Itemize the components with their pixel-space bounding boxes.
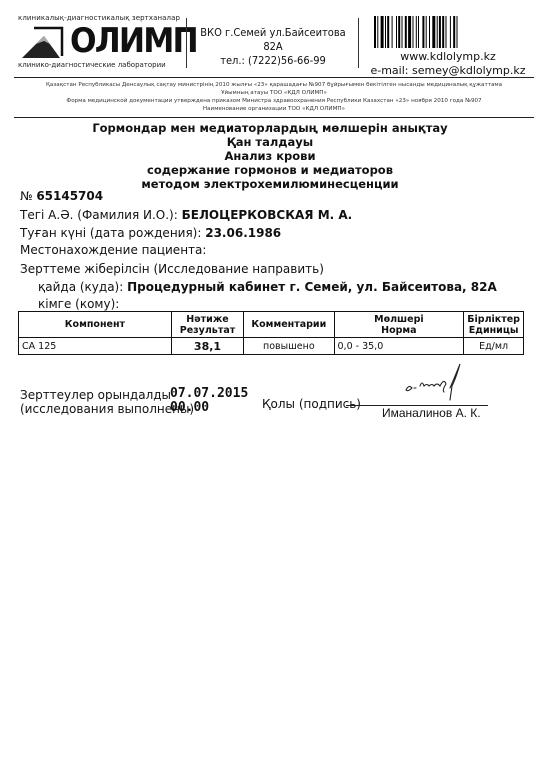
completed-datetime: 07.07.2015 00.00	[170, 387, 248, 415]
completed-label: Зерттеулер орындалды (исследования выпол…	[20, 388, 194, 416]
lab-address: ВКО г.Семей ул.Байсеитова 82А тел.: (722…	[188, 26, 358, 68]
legal-line: Қазақстан Республикасы Денсаулық сақтау …	[14, 81, 534, 89]
title-line: Гормондар мен медиаторлардың мөлшерін ан…	[60, 121, 480, 135]
patient-name-value: БЕЛОЦЕРКОВСКАЯ М. А.	[182, 208, 353, 222]
legal-notice: Қазақстан Республикасы Денсаулық сақтау …	[14, 81, 534, 113]
phone: тел.: (7222)56-66-99	[188, 54, 358, 68]
address-line-1: ВКО г.Семей ул.Байсеитова	[188, 26, 358, 40]
patient-name-label: Тегі А.Ә. (Фамилия И.О.):	[20, 208, 178, 222]
header-ru: Результат	[175, 325, 240, 336]
title-line: Анализ крови	[60, 149, 480, 163]
table-header-row: Компонент Нәтиже Результат Комментарии М…	[19, 312, 524, 338]
title-line: Қан талдауы	[60, 135, 480, 149]
header-kz: Нәтиже	[175, 314, 240, 325]
dob-label: Туған күні (дата рождения):	[20, 226, 201, 240]
referral-label: Зерттеме жіберілсін (Исследование направ…	[20, 262, 324, 276]
lab-contacts: www.kdlolymp.kz e-mail: semey@kdlolymp.k…	[360, 50, 536, 78]
column-header-norm: Мөлшері Норма	[334, 312, 464, 338]
header-rule	[14, 77, 534, 78]
logo-bottom-text: клинико-диагностические лаборатории	[18, 61, 166, 69]
legal-line: Ұйымның атауы ТОО «КДЛ ОЛИМП»	[14, 89, 534, 97]
completed-date: 07.07.2015	[170, 387, 248, 401]
website-link[interactable]: www.kdlolymp.kz	[360, 50, 536, 64]
handwritten-signature-icon	[398, 362, 468, 406]
cell-result: 38,1	[171, 338, 243, 355]
header-divider	[358, 18, 359, 68]
document-title: Гормондар мен медиаторлардың мөлшерін ан…	[60, 121, 480, 191]
patient-dob: Туған күні (дата рождения): 23.06.1986	[20, 226, 281, 240]
header-divider	[186, 18, 187, 68]
completed-label-ru: (исследования выполнены)	[20, 402, 194, 416]
header-kz: Бірліктер	[467, 314, 520, 325]
legal-line: Наименование организации ТОО «КДЛ ОЛИМП»	[14, 105, 534, 113]
cell-component: CA 125	[19, 338, 172, 355]
cell-comment: повышено	[244, 338, 334, 355]
title-line: методом электрохемилюминесценции	[60, 177, 480, 191]
header-kz: Мөлшері	[338, 314, 461, 325]
column-header-comments: Комментарии	[244, 312, 334, 338]
logo-name: ОЛИМП	[70, 22, 197, 60]
cell-units: Ед/мл	[464, 338, 524, 355]
completed-label-kz: Зерттеулер орындалды	[20, 388, 194, 402]
referral-recipient-label: кімге (кому):	[38, 297, 119, 311]
mountain-logo-icon	[20, 26, 66, 60]
address-line-2: 82А	[188, 40, 358, 54]
title-line: содержание гормонов и медиаторов	[60, 163, 480, 177]
column-header-result: Нәтиже Результат	[171, 312, 243, 338]
order-number: № 65145704	[20, 189, 103, 203]
results-table: Компонент Нәтиже Результат Комментарии М…	[18, 311, 524, 355]
referral-destination: қайда (куда): Процедурный кабинет г. Сем…	[38, 280, 497, 294]
order-number-value: 65145704	[36, 189, 103, 203]
order-number-label: №	[20, 189, 32, 203]
completed-time: 00.00	[170, 401, 248, 415]
signer-name: Иманалинов А. К.	[382, 406, 481, 420]
barcode-icon	[372, 16, 512, 48]
signature-label: Қолы (подпись)	[262, 397, 361, 411]
patient-location-label: Местонахождение пациента:	[20, 243, 206, 257]
column-header-units: Бірліктер Единицы	[464, 312, 524, 338]
header-rule	[14, 117, 534, 118]
dob-value: 23.06.1986	[205, 226, 281, 240]
cell-norm: 0,0 - 35,0	[334, 338, 464, 355]
destination-label: қайда (куда):	[38, 280, 123, 294]
header-ru: Единицы	[467, 325, 520, 336]
legal-line: Форма медицинской документации утвержден…	[14, 97, 534, 105]
email-link[interactable]: e-mail: semey@kdlolymp.kz	[360, 64, 536, 78]
patient-name: Тегі А.Ә. (Фамилия И.О.): БЕЛОЦЕРКОВСКАЯ…	[20, 208, 352, 222]
column-header-component: Компонент	[19, 312, 172, 338]
destination-value: Процедурный кабинет г. Семей, ул. Байсеи…	[127, 280, 497, 294]
lab-logo: клиникалық-диагностикалық зертханалар ОЛ…	[14, 14, 184, 70]
header-ru: Норма	[338, 325, 461, 336]
table-row: CA 125 38,1 повышено 0,0 - 35,0 Ед/мл	[19, 338, 524, 355]
